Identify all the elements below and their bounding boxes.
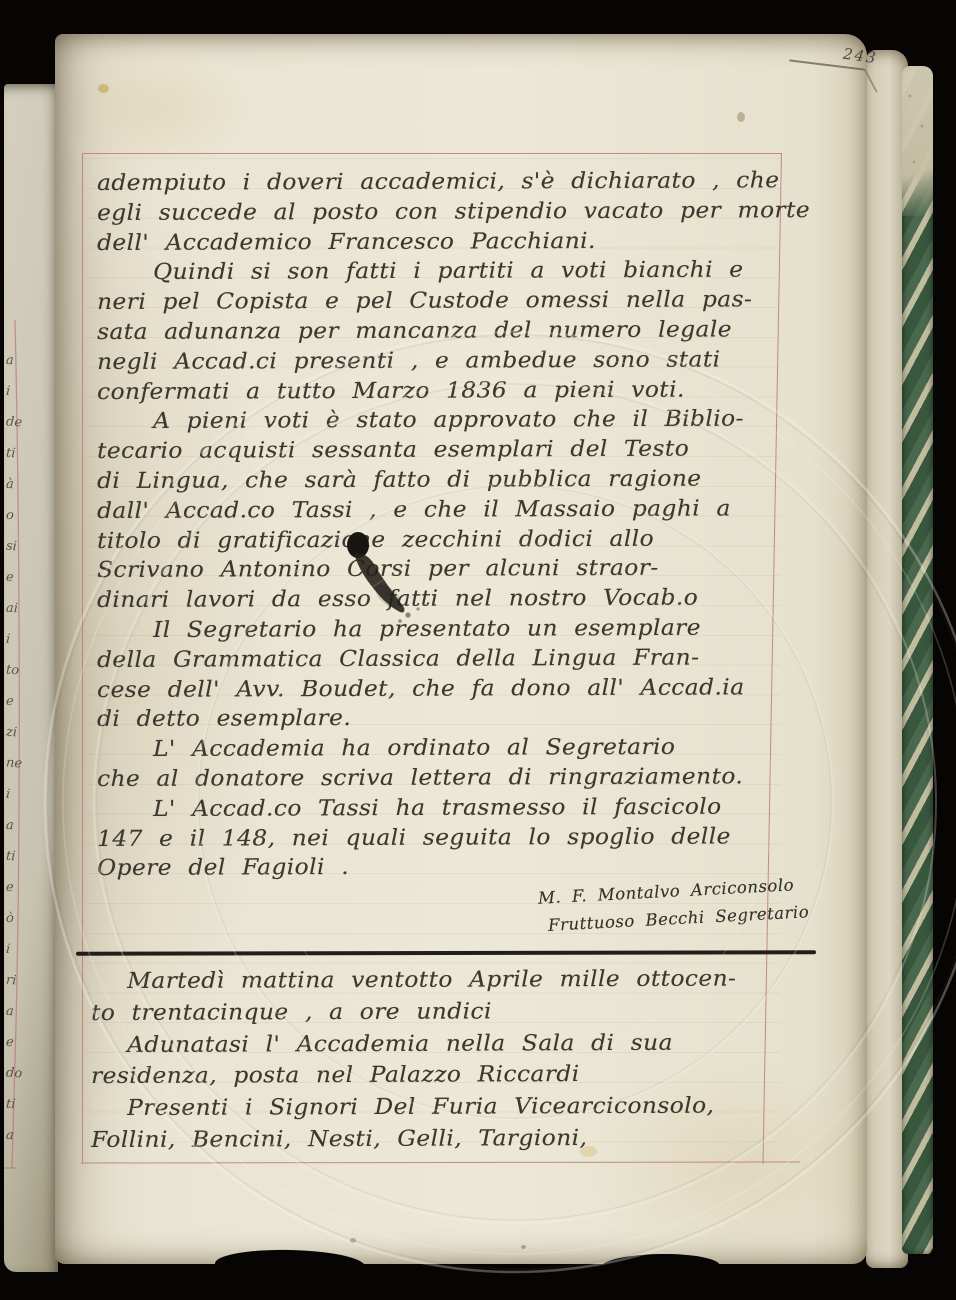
previous-page-fragment: ti xyxy=(6,1098,16,1112)
handwritten-line: Adunatasi l' Accademia nella Sala di sua xyxy=(127,1031,673,1057)
handwritten-line: Scrivano Antonino Corsi per alcuni strao… xyxy=(97,557,659,583)
handwritten-line: tecario acquisti sessanta esemplari del … xyxy=(97,438,689,465)
red-frame-left xyxy=(82,153,83,1164)
handwritten-line: dall' Accad.co Tassi , e che il Massaio … xyxy=(97,497,731,524)
handwritten-line: dell' Accademico Francesco Pacchiani. xyxy=(97,230,596,256)
previous-page-fragment: ti xyxy=(6,850,16,864)
previous-page-fragment: ri xyxy=(6,974,17,988)
marbled-cover-edge xyxy=(902,66,933,1254)
handwritten-line: negli Accad.ci presenti , e ambedue sono… xyxy=(97,348,721,375)
handwritten-line: Martedì mattina ventotto Aprile mille ot… xyxy=(127,967,736,994)
handwritten-line: L' Accademia ha ordinato al Segretario xyxy=(153,736,675,762)
previous-page-fragment: à xyxy=(6,478,15,492)
handwritten-line: Presenti i Signori Del Furia Vicearcicon… xyxy=(127,1095,714,1122)
previous-page-fragment: ti xyxy=(6,447,16,461)
handwritten-line: di Lingua, che sarà fatto di pubblica ra… xyxy=(97,468,702,495)
handwritten-line: Quindi si son fatti i partiti a voti bia… xyxy=(153,259,744,286)
red-frame-top xyxy=(82,153,782,154)
handwritten-line: titolo di gratificazione zecchini dodici… xyxy=(97,527,654,553)
previous-page-fragment: ne xyxy=(6,756,23,770)
handwritten-line: 147 e il 148, nei quali seguita lo spogl… xyxy=(97,825,731,852)
handwritten-line: residenza, posta nel Palazzo Riccardi xyxy=(91,1063,580,1089)
manuscript-scan: aidetiàosieaiitoezineiatieòiriaedotia 24… xyxy=(0,0,956,1300)
previous-page-fragment: e xyxy=(6,1036,15,1050)
previous-page-fragment: ò xyxy=(6,912,15,926)
paper-stain xyxy=(521,1245,526,1249)
handwritten-line: cese dell' Avv. Boudet, che fa dono all'… xyxy=(97,676,745,703)
previous-page-fragment: a xyxy=(6,819,15,833)
handwritten-line: Follini, Bencini, Nesti, Gelli, Targioni… xyxy=(91,1127,587,1153)
handwritten-line: to trentacinque , a ore undici xyxy=(91,1000,492,1026)
handwritten-line: sata adunanza per mancanza del numero le… xyxy=(97,318,732,345)
handwritten-line: egli succede al posto con stipendio vaca… xyxy=(97,199,810,226)
previous-page-fragment: e xyxy=(6,881,15,895)
handwritten-line: della Grammatica Classica della Lingua F… xyxy=(97,646,699,673)
paper-stain xyxy=(350,1238,356,1243)
previous-page-edge: aidetiàosieaiitoezineiatieòiriaedotia xyxy=(4,84,58,1272)
handwritten-line: dinari lavori da esso fatti nel nostro V… xyxy=(97,587,698,614)
previous-page-fragment: e xyxy=(6,571,15,585)
folio-number: 243 xyxy=(842,47,878,67)
handwritten-line: confermati a tutto Marzo 1836 a pieni vo… xyxy=(97,378,685,405)
previous-page-fragment: ai xyxy=(6,602,19,616)
handwritten-line: A pieni voti è stato approvato che il Bi… xyxy=(153,408,744,435)
previous-page-fragment: e xyxy=(6,695,15,709)
cover-worn-corner xyxy=(902,66,933,216)
previous-page-fragment: a xyxy=(6,1005,15,1019)
previous-page-fragment: do xyxy=(6,1066,23,1080)
previous-page-fragment: zi xyxy=(6,726,18,740)
paper-stain xyxy=(98,84,109,93)
handwritten-line: neri pel Copista e pel Custode omessi ne… xyxy=(97,288,752,315)
handwritten-line: L' Accad.co Tassi ha trasmesso il fascic… xyxy=(153,795,722,822)
previous-page-fragment: a xyxy=(6,354,15,368)
handwritten-line: Opere del Fagioli . xyxy=(97,856,349,881)
previous-page-fragment: de xyxy=(6,415,23,429)
handwritten-line: Il Segretario ha presentato un esemplare xyxy=(153,617,701,643)
handwritten-line: di detto esemplare. xyxy=(97,707,351,732)
previous-page-fragment: a xyxy=(6,1129,15,1143)
previous-page-fragment: si xyxy=(6,540,18,554)
paper-stain xyxy=(737,112,745,122)
handwritten-line: che al donatore scriva lettera di ringra… xyxy=(97,765,743,792)
previous-page-fragment: to xyxy=(6,664,20,678)
previous-page-fragment: o xyxy=(6,509,15,523)
handwritten-line: adempiuto i doveri accademici, s'è dichi… xyxy=(97,169,779,196)
